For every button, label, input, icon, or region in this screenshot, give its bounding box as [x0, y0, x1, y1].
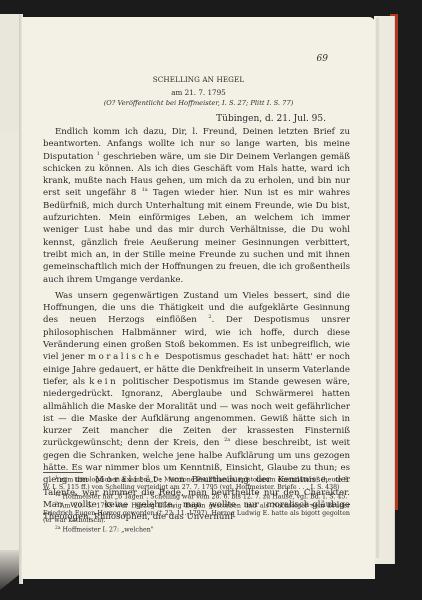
page-number: 69 [317, 54, 328, 64]
letter-date: am 21. 7. 1795 [22, 88, 375, 97]
dateline: Tübingen, d. 21. Jul. 95. [216, 114, 326, 124]
footnote-text: Hoffmeister hat „6 Tagen". Schelling war… [63, 493, 348, 500]
footnotes: 1zum theologischen Examen „De Marcione P… [43, 475, 350, 534]
footnote: 1aHoffmeister hat „6 Tagen". Schelling w… [43, 492, 350, 501]
letter-source: (O? Veröffentlicht bei Hoffmeister, I. S… [22, 99, 375, 107]
emphasized-word: kein [89, 377, 118, 387]
footnote: 1zum theologischen Examen „De Marcione P… [43, 475, 350, 492]
facing-page-corner [0, 550, 20, 590]
footnote-text: Am 20. 5. 1795 war Herzog Ludwig Eugen g… [43, 502, 350, 524]
footnote: 2Am 20. 5. 1795 war Herzog Ludwig Eugen … [43, 501, 350, 525]
letter-title: SCHELLING AN HEGEL [22, 75, 375, 84]
book-page: 69 SCHELLING AN HEGEL am 21. 7. 1795 (O?… [22, 17, 375, 579]
footnote: 2aHoffmeister I. 27: „welchen" [43, 525, 350, 534]
paragraph: Endlich komm ich dazu, Dir, l. Freund, D… [43, 126, 350, 286]
footnote-mark: 1 [55, 476, 58, 481]
footnote-mark: 2a [55, 526, 61, 531]
footnote-mark: 2 [55, 502, 58, 507]
footnote-text: Hoffmeister I. 27: „welchen" [63, 527, 154, 534]
footnote-mark: 1a [55, 493, 61, 498]
emphasized-word: moralische [88, 352, 162, 362]
page-stack-shadow [376, 18, 379, 558]
letter-body: Endlich komm ich dazu, Dir, l. Freund, D… [43, 126, 350, 524]
footnote-text: zum theologischen Examen „De Marcione Pa… [43, 477, 350, 492]
footnote-rule [43, 472, 83, 473]
text-run: Tagen wieder hier. Nun ist es mir wahres… [43, 188, 350, 284]
